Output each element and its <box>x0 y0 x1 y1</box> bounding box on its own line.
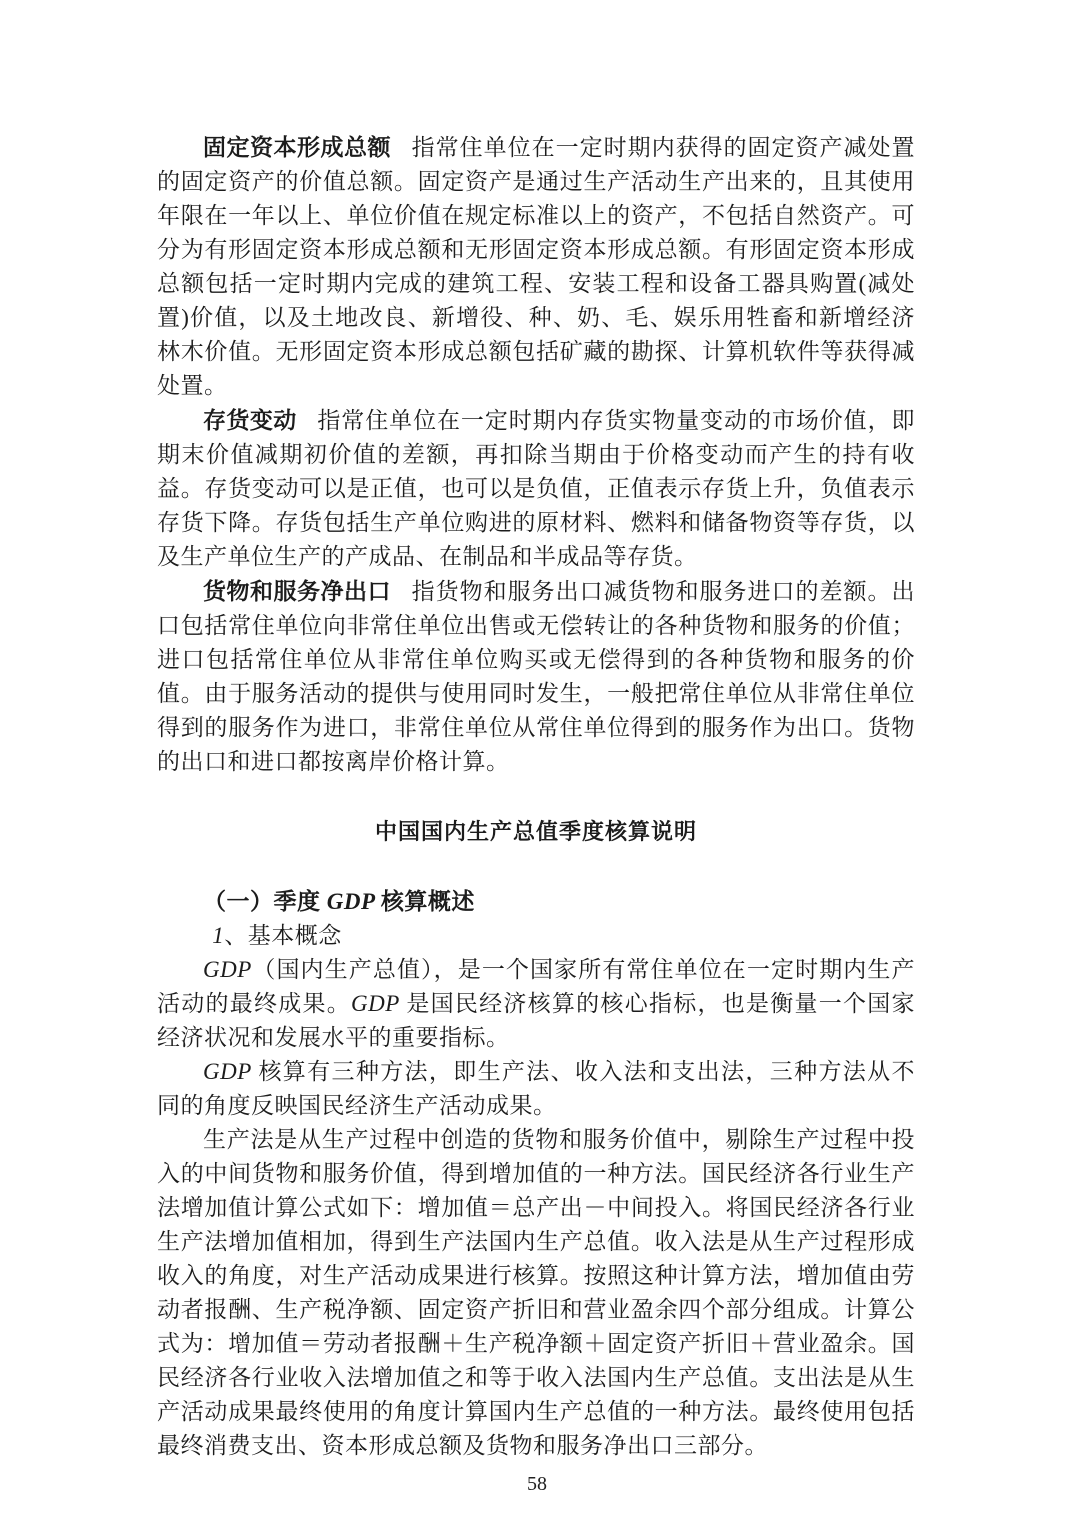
section-paragraph: GDP 核算有三种方法，即生产法、收入法和支出法，三种方法从不同的角度反映国民经… <box>157 1055 915 1123</box>
page-number: 58 <box>0 1472 1074 1496</box>
section-paragraph: 生产法是从生产过程中创造的货物和服务价值中，剔除生产过程中投入的中间货物和服务价… <box>157 1123 915 1463</box>
page-content: 固定资本形成总额指常住单位在一定时期内获得的固定资产减处置的固定资产的价值总额。… <box>157 130 915 1463</box>
definition-term: 货物和服务净出口 <box>203 578 391 604</box>
section-paragraph: GDP（国内生产总值），是一个国家所有常住单位在一定时期内生产活动的最终成果。G… <box>157 953 915 1055</box>
definition-paragraph: 存货变动指常住单位在一定时期内存货实物量变动的市场价值，即期末价值减期初价值的差… <box>157 403 915 574</box>
definition-paragraph: 固定资本形成总额指常住单位在一定时期内获得的固定资产减处置的固定资产的价值总额。… <box>157 130 915 403</box>
section-heading: （一）季度 GDP 核算概述 <box>157 885 915 919</box>
definition-body: 指货物和服务出口减货物和服务进口的差额。出口包括常住单位向非常住单位出售或无偿转… <box>157 579 915 774</box>
definition-body: 指常住单位在一定时期内获得的固定资产减处置的固定资产的价值总额。固定资产是通过生… <box>157 135 915 398</box>
definition-term: 固定资本形成总额 <box>203 134 391 160</box>
definition-term: 存货变动 <box>203 407 297 433</box>
definition-paragraph: 货物和服务净出口指货物和服务出口减货物和服务进口的差额。出口包括常住单位向非常住… <box>157 574 915 779</box>
section-subheading: 1、基本概念 <box>157 919 915 953</box>
document-page: 固定资本形成总额指常住单位在一定时期内获得的固定资产减处置的固定资产的价值总额。… <box>0 0 1074 1520</box>
section-title: 中国国内生产总值季度核算说明 <box>157 815 915 849</box>
